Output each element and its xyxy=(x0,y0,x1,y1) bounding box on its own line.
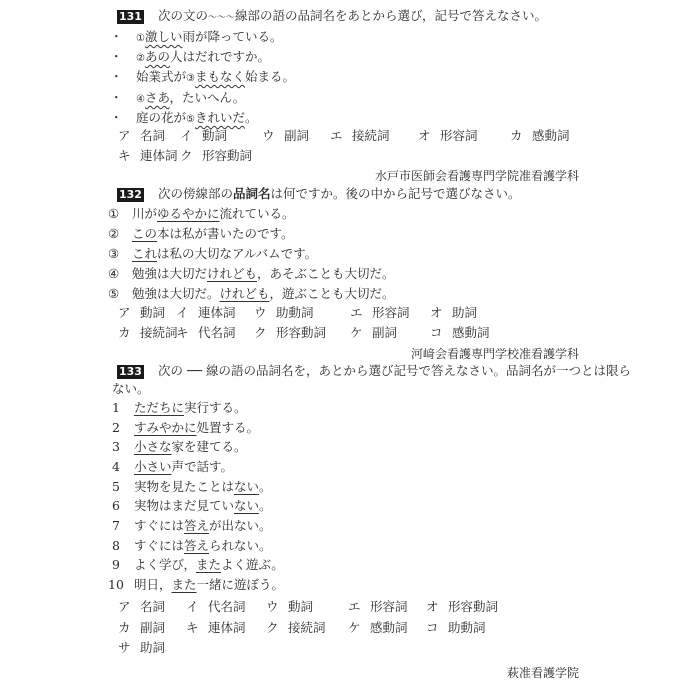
bullet: ・ xyxy=(110,69,136,85)
q133-header: 133次の ── 線の語の品詞名を，あとから選び記号で答えなさい。品詞名が一つと… xyxy=(117,363,631,379)
choice-label: 形容詞 xyxy=(440,128,478,143)
choice-ki: キ連体詞 xyxy=(186,620,266,636)
choice-key: キ xyxy=(186,620,208,636)
q131-choices-row-1: ア名詞イ動詞ウ副詞エ接続詞オ形容詞カ感動詞 xyxy=(118,128,570,144)
q133-source: 萩准看護学院 xyxy=(507,664,579,681)
q132-source: 河﨑会看護専門学校准看護学科 xyxy=(411,345,579,362)
choice-label: 副詞 xyxy=(372,325,397,340)
item-number: 6 xyxy=(112,498,134,514)
q131-instruction-a: 次の文の xyxy=(158,8,208,23)
q133-item-1: 1ただちに実行する。 xyxy=(112,400,247,416)
item-post: 。 xyxy=(245,110,258,125)
item-pre: 勉強は大切だ。 xyxy=(132,286,220,301)
item-post: ，たいへん。 xyxy=(169,90,245,105)
q131-header: 131次の文の〜〜〜線部の語の品詞名をあとから選び，記号で答えなさい。 xyxy=(117,8,547,26)
choice-o: オ形容詞 xyxy=(418,128,510,144)
item-number: 10 xyxy=(108,577,134,593)
choice-key: カ xyxy=(510,128,532,144)
item-marker: ④ xyxy=(108,266,132,282)
choice-e: エ接続詞 xyxy=(330,128,418,144)
item-marker: ② xyxy=(136,53,145,64)
item-number: 4 xyxy=(112,459,134,475)
item-number: 8 xyxy=(112,538,134,554)
choice-ko: コ感動詞 xyxy=(430,325,490,341)
q132-item-1: ①川がゆるやかに流れている。 xyxy=(108,206,295,222)
item-post: よく遊ぶ。 xyxy=(221,557,284,572)
item-number: 2 xyxy=(112,420,134,436)
choice-key: キ xyxy=(118,148,140,164)
item-pre: 始業式が xyxy=(136,69,186,84)
target-word: ない xyxy=(234,498,259,513)
target-word: けれども xyxy=(207,266,257,281)
choice-label: 助動詞 xyxy=(448,620,486,635)
item-pre: 勉強は大切だ xyxy=(132,266,207,281)
choice-label: 形容詞 xyxy=(370,599,408,614)
choice-label: 名詞 xyxy=(140,128,165,143)
item-pre: すぐには xyxy=(134,518,184,533)
item-post: ，遊ぶことも大切だ。 xyxy=(270,286,395,301)
choice-ku: ク接続詞 xyxy=(266,620,348,636)
choice-label: 動詞 xyxy=(202,128,227,143)
choice-key: ケ xyxy=(348,620,370,636)
choice-ke: ケ感動詞 xyxy=(348,620,426,636)
target-word: この xyxy=(132,226,157,241)
item-post: 流れている。 xyxy=(220,206,295,221)
item-number: 1 xyxy=(112,400,134,416)
item-marker: ① xyxy=(108,206,132,222)
wavy-line-symbol: 〜〜〜 xyxy=(208,13,235,23)
q133-item-5: 5実物を見たことはない。 xyxy=(112,479,272,495)
target-word: ない xyxy=(234,479,259,494)
choice-label: 動詞 xyxy=(288,599,313,614)
item-marker: ① xyxy=(136,33,145,44)
worksheet-page: 131次の文の〜〜〜線部の語の品詞名をあとから選び，記号で答えなさい。 ・①激し… xyxy=(0,0,689,689)
item-post: られない。 xyxy=(209,538,272,553)
item-post: 一緒に遊ぼう。 xyxy=(197,577,285,592)
item-marker: ⑤ xyxy=(108,286,132,302)
q133-item-7: 7すぐには答えが出ない。 xyxy=(112,518,272,534)
choice-u: ウ助動詞 xyxy=(254,305,350,321)
choice-ko: コ助動詞 xyxy=(426,620,486,636)
item-number: 9 xyxy=(112,557,134,573)
target-word: 激しい xyxy=(145,29,183,44)
q132-item-3: ③これは私の大切なアルバムです。 xyxy=(108,246,317,262)
choice-i: イ連体詞 xyxy=(176,305,254,321)
q131-instruction-b: 線部の語の品詞名をあとから選び，記号で答えなさい。 xyxy=(235,8,547,23)
target-word: きれいだ xyxy=(195,110,245,125)
choice-key: カ xyxy=(118,325,140,341)
choice-ki: キ代名詞 xyxy=(176,325,254,341)
choice-key: イ xyxy=(180,128,202,144)
choice-key: ウ xyxy=(266,599,288,615)
choice-e: エ形容詞 xyxy=(348,599,426,615)
choice-label: 連体詞 xyxy=(198,305,236,320)
item-post: が出ない。 xyxy=(209,518,272,533)
choice-label: 代名詞 xyxy=(208,599,246,614)
choice-ka: カ副詞 xyxy=(118,620,186,636)
q132-instruction-a: 次の傍線部の xyxy=(158,186,233,201)
target-word: あの xyxy=(145,49,170,64)
choice-key: オ xyxy=(430,305,452,321)
item-marker: ④ xyxy=(136,94,145,105)
q133-item-8: 8すぐには答えられない。 xyxy=(112,538,272,554)
q133-item-2: 2すみやかに処置する。 xyxy=(112,420,259,436)
choice-key: オ xyxy=(418,128,440,144)
choice-key: ウ xyxy=(262,128,284,144)
choice-key: エ xyxy=(348,599,370,615)
choice-key: ウ xyxy=(254,305,276,321)
item-post: 処置する。 xyxy=(197,420,260,435)
choice-label: 接続詞 xyxy=(352,128,390,143)
q131-item-3: ・始業式が③まもなく始まる。 xyxy=(110,69,295,87)
item-pre: 実物はまだ見てい xyxy=(134,498,234,513)
item-pre: 実物を見たことは xyxy=(134,479,234,494)
choice-key: ア xyxy=(118,305,140,321)
item-pre: よく学び， xyxy=(134,557,196,572)
target-word: まもなく xyxy=(195,69,245,84)
choice-o: オ形容動詞 xyxy=(426,599,498,615)
choice-key: ク xyxy=(266,620,288,636)
item-marker: ⑤ xyxy=(186,114,195,125)
bullet: ・ xyxy=(110,110,136,126)
q133-item-9: 9よく学び，またよく遊ぶ。 xyxy=(112,557,284,573)
choice-i: イ動詞 xyxy=(180,128,262,144)
choice-key: コ xyxy=(430,325,452,341)
q132-choices-row-1: ア動詞イ連体詞ウ助動詞エ形容詞オ助詞 xyxy=(118,305,477,321)
q131-item-4: ・④さあ，たいへん。 xyxy=(110,90,245,108)
item-pre: 川が xyxy=(132,206,157,221)
item-marker: ③ xyxy=(186,73,195,84)
item-post: 実行する。 xyxy=(184,400,247,415)
target-word: 答え xyxy=(184,518,209,533)
item-post: 雨が降っている。 xyxy=(182,29,282,44)
choice-key: コ xyxy=(426,620,448,636)
choice-label: 動詞 xyxy=(140,305,165,320)
choice-key: ア xyxy=(118,128,140,144)
choice-key: ク xyxy=(254,325,276,341)
choice-u: ウ動詞 xyxy=(266,599,348,615)
item-marker: ② xyxy=(108,226,132,242)
item-pre: 明日， xyxy=(134,577,172,592)
choice-label: 感動詞 xyxy=(532,128,570,143)
q132-instruction-bold: 品詞名 xyxy=(233,186,271,201)
question-number-133: 133 xyxy=(117,365,144,379)
target-word: 小さな xyxy=(134,439,172,454)
choice-label: 名詞 xyxy=(140,599,165,614)
choice-ke: ケ副詞 xyxy=(350,325,430,341)
q133-item-10: 10明日，また一緒に遊ぼう。 xyxy=(108,577,284,593)
choice-ka: カ接続詞 xyxy=(118,325,176,341)
choice-key: イ xyxy=(176,305,198,321)
target-word: これ xyxy=(132,246,157,261)
choice-o: オ助詞 xyxy=(430,305,477,321)
q133-item-3: 3小さな家を建てる。 xyxy=(112,439,247,455)
choice-label: 助動詞 xyxy=(276,305,314,320)
bullet: ・ xyxy=(110,49,136,65)
q133-instruction-line-1: 次の ── 線の語の品詞名を，あとから選び記号で答えなさい。品詞名が一つとは限ら xyxy=(158,363,631,378)
item-post: 。 xyxy=(259,479,272,494)
q132-item-4: ④勉強は大切だけれども，あそぶことも大切だ。 xyxy=(108,266,395,282)
item-post: 家を建てる。 xyxy=(172,439,247,454)
question-number-132: 132 xyxy=(117,188,144,202)
item-pre: すぐには xyxy=(134,538,184,553)
q131-source: 水戸市医師会看護専門学院准看護学科 xyxy=(375,167,579,184)
q133-choices-row-2: カ副詞キ連体詞ク接続詞ケ感動詞コ助動詞 xyxy=(118,620,486,636)
q133-item-6: 6実物はまだ見ていない。 xyxy=(112,498,272,514)
choice-label: 副詞 xyxy=(284,128,309,143)
choice-label: 助詞 xyxy=(140,640,165,655)
target-word: さあ xyxy=(145,90,170,105)
choice-key: オ xyxy=(426,599,448,615)
choice-key: ク xyxy=(180,148,202,164)
choice-key: キ xyxy=(176,325,198,341)
question-number-131: 131 xyxy=(117,10,144,24)
q132-item-2: ②この本は私が書いたのです。 xyxy=(108,226,294,242)
choice-a: ア名詞 xyxy=(118,599,186,615)
choice-ki: キ連体詞 xyxy=(118,148,180,164)
choice-label: 助詞 xyxy=(452,305,477,320)
item-post: 声で話す。 xyxy=(172,459,234,474)
choice-i: イ代名詞 xyxy=(186,599,266,615)
q132-choices-row-2: カ接続詞キ代名詞ク形容動詞ケ副詞コ感動詞 xyxy=(118,325,490,341)
choice-ka: カ感動詞 xyxy=(510,128,570,144)
target-word: ゆるやかに xyxy=(157,206,220,221)
q133-choices-row-1: ア名詞イ代名詞ウ動詞エ形容詞オ形容動詞 xyxy=(118,599,498,615)
item-pre: 庭の花が xyxy=(136,110,186,125)
choice-label: 接続詞 xyxy=(288,620,326,635)
choice-key: エ xyxy=(350,305,372,321)
item-post: 始まる。 xyxy=(245,69,295,84)
choice-e: エ形容詞 xyxy=(350,305,430,321)
q133-choices-row-3: サ助詞 xyxy=(118,640,165,656)
choice-label: 副詞 xyxy=(140,620,165,635)
q131-choices-row-2: キ連体詞ク形容動詞 xyxy=(118,148,252,164)
q131-item-1: ・①激しい雨が降っている。 xyxy=(110,29,283,47)
choice-a: ア動詞 xyxy=(118,305,176,321)
choice-ku: ク形容動詞 xyxy=(254,325,350,341)
bullet: ・ xyxy=(110,29,136,45)
choice-label: 形容動詞 xyxy=(202,148,252,163)
target-word: 小さい xyxy=(134,459,172,474)
choice-label: 形容詞 xyxy=(372,305,410,320)
q131-item-2: ・②あの人はだれですか。 xyxy=(110,49,270,67)
item-post: 本は私が書いたのです。 xyxy=(157,226,294,241)
item-post: ，あそぶことも大切だ。 xyxy=(257,266,395,281)
bullet: ・ xyxy=(110,90,136,106)
q133-instruction-line-2: ない。 xyxy=(112,381,150,397)
target-word: 答え xyxy=(184,538,209,553)
choice-label: 代名詞 xyxy=(198,325,236,340)
item-marker: ③ xyxy=(108,246,132,262)
item-post: 人はだれですか。 xyxy=(170,49,270,64)
choice-label: 感動詞 xyxy=(452,325,490,340)
choice-sa: サ助詞 xyxy=(118,640,165,656)
choice-key: ア xyxy=(118,599,140,615)
target-word: すみやかに xyxy=(134,420,197,435)
choice-label: 接続詞 xyxy=(140,325,178,340)
choice-ku: ク形容動詞 xyxy=(180,148,252,164)
choice-label: 形容動詞 xyxy=(276,325,326,340)
item-number: 5 xyxy=(112,479,134,495)
item-number: 7 xyxy=(112,518,134,534)
target-word: ただちに xyxy=(134,400,184,415)
choice-label: 連体詞 xyxy=(208,620,246,635)
choice-key: イ xyxy=(186,599,208,615)
item-number: 3 xyxy=(112,439,134,455)
choice-u: ウ副詞 xyxy=(262,128,330,144)
choice-a: ア名詞 xyxy=(118,128,180,144)
choice-key: エ xyxy=(330,128,352,144)
choice-key: サ xyxy=(118,640,140,656)
choice-key: カ xyxy=(118,620,140,636)
target-word: また xyxy=(172,577,197,592)
q132-header: 132次の傍線部の品詞名は何ですか。後の中から記号で選びなさい。 xyxy=(117,186,521,202)
target-word: また xyxy=(196,557,221,572)
q132-instruction-b: は何ですか。後の中から記号で選びなさい。 xyxy=(271,186,521,201)
q132-item-5: ⑤勉強は大切だ。けれども，遊ぶことも大切だ。 xyxy=(108,286,395,302)
q131-item-5: ・庭の花が⑤きれいだ。 xyxy=(110,110,258,128)
item-post: は私の大切なアルバムです。 xyxy=(157,246,317,261)
choice-key: ケ xyxy=(350,325,372,341)
choice-label: 形容動詞 xyxy=(448,599,498,614)
target-word: けれども xyxy=(220,286,270,301)
item-post: 。 xyxy=(259,498,272,513)
choice-label: 連体詞 xyxy=(140,148,178,163)
q133-item-4: 4小さい声で話す。 xyxy=(112,459,233,475)
choice-label: 感動詞 xyxy=(370,620,408,635)
